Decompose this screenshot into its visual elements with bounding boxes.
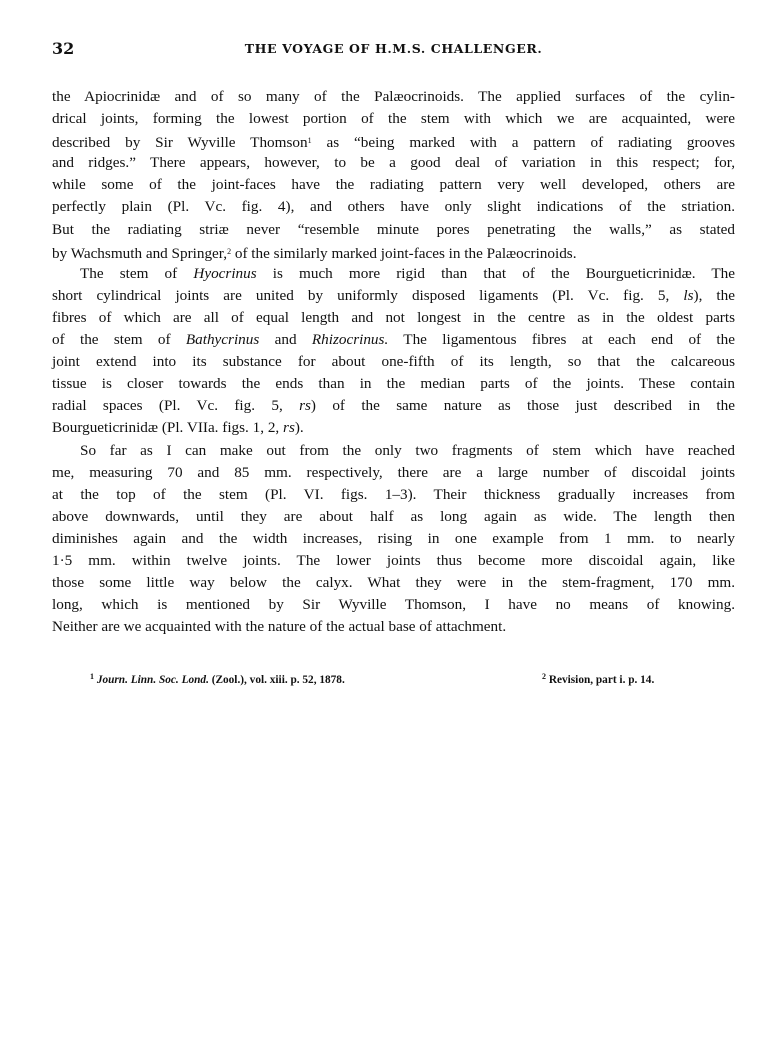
text-line: me, measuring 70 and 85 mm. respectively… xyxy=(52,462,735,484)
text-line: tissue is closer towards the ends than i… xyxy=(52,373,735,395)
text-line: by Wachsmuth and Springer,2 of the simil… xyxy=(52,241,735,263)
text-line: those some little way below the calyx. W… xyxy=(52,572,735,594)
text-line: described by Sir Wyville Thomson1 as “be… xyxy=(52,130,735,152)
text-line: radial spaces (Pl. Vc. fig. 5, rs) of th… xyxy=(52,395,735,417)
text-line: 1·5 mm. within twelve joints. The lower … xyxy=(52,550,735,572)
running-title: THE VOYAGE OF H.M.S. CHALLENGER. xyxy=(52,41,735,56)
text-line: Neither are we acquainted with the natur… xyxy=(52,616,735,638)
footnote-1: 1 Journ. Linn. Soc. Lond. (Zool.), vol. … xyxy=(90,672,345,686)
text-line: drical joints, forming the lowest portio… xyxy=(52,108,735,130)
text-line: the Apiocrinidæ and of so many of the Pa… xyxy=(52,86,735,108)
text-line: long, which is mentioned by Sir Wyville … xyxy=(52,594,735,616)
paragraph-start: The stem of Hyocrinus is much more rigid… xyxy=(52,263,735,285)
text-line: at the top of the stem (Pl. VI. figs. 1–… xyxy=(52,484,735,506)
text-line: and ridges.” There appears, however, to … xyxy=(52,152,735,174)
text-line: short cylindrical joints are united by u… xyxy=(52,285,735,307)
footnote-2: 2 Revision, part i. p. 14. xyxy=(542,672,654,686)
text-line: perfectly plain (Pl. Vc. fig. 4), and ot… xyxy=(52,196,735,218)
text-line: diminishes again and the width increases… xyxy=(52,528,735,550)
paragraph-start: So far as I can make out from the only t… xyxy=(52,440,735,462)
text-line: while some of the joint-faces have the r… xyxy=(52,174,735,196)
text-line: fibres of which are all of equal length … xyxy=(52,307,735,329)
text-line: of the stem of Bathycrinus and Rhizocrin… xyxy=(52,329,735,351)
text-line: But the radiating striæ never “resemble … xyxy=(52,219,735,241)
running-header: 32 THE VOYAGE OF H.M.S. CHALLENGER. xyxy=(52,39,735,59)
text-line: Bourgueticrinidæ (Pl. VIIa. figs. 1, 2, … xyxy=(52,417,735,439)
footnotes: 1 Journ. Linn. Soc. Lond. (Zool.), vol. … xyxy=(52,672,735,690)
text-line: joint extend into its substance for abou… xyxy=(52,351,735,373)
body-text: the Apiocrinidæ and of so many of the Pa… xyxy=(52,86,735,638)
text-line: above downwards, until they are about ha… xyxy=(52,506,735,528)
